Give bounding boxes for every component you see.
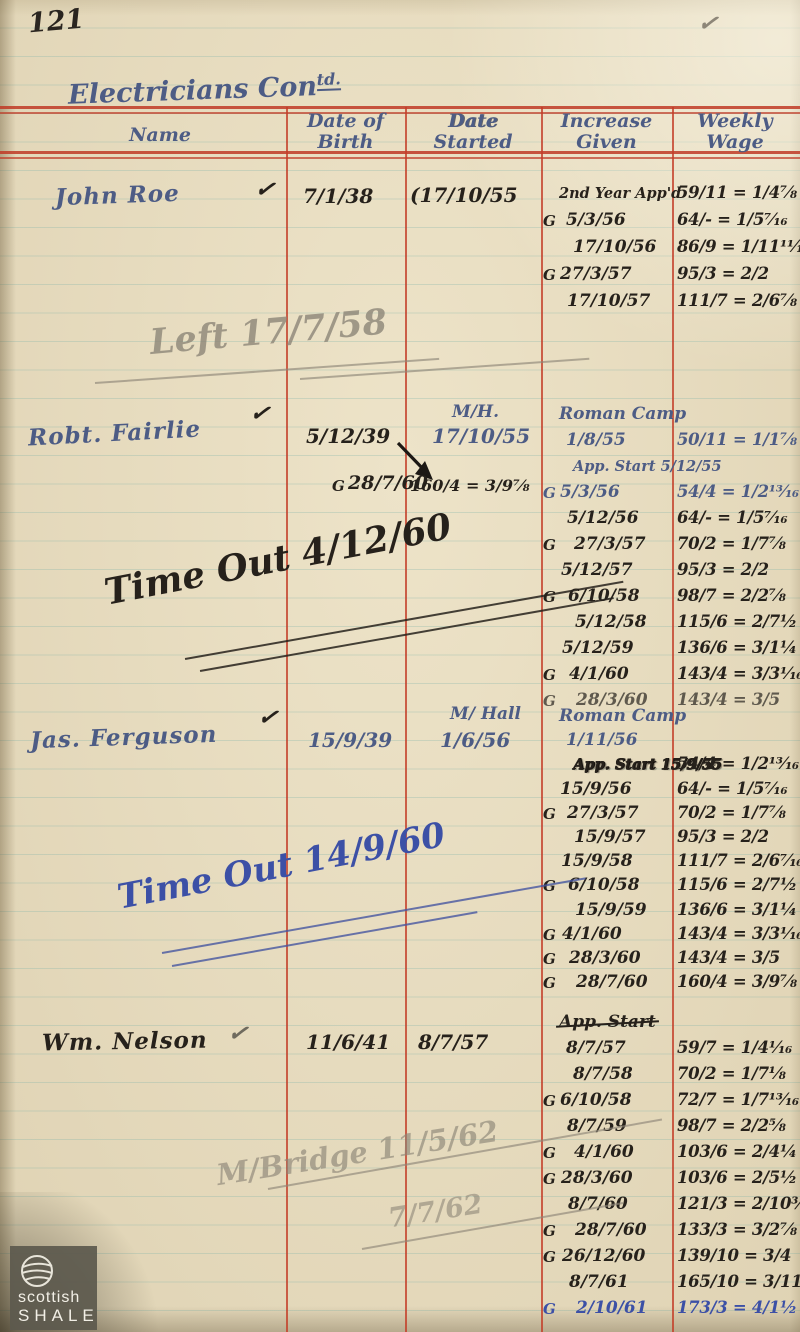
column-header-wage-1: Weekly	[674, 110, 796, 132]
start-date: 8/7/57	[418, 1030, 488, 1054]
worker-name: Robt. Fairlie	[27, 415, 201, 451]
weekly-wage: 70/2 = 1/7⅛	[677, 1064, 786, 1083]
weekly-wage: 165/10 = 3/11½	[677, 1272, 800, 1291]
increase-date: 4/1/60	[569, 664, 629, 684]
ledger-entry: G28/7/60133/3 = 3/2⅞	[541, 1220, 800, 1246]
start-date: (17/10/55	[410, 183, 518, 207]
increase-flag: G	[543, 1144, 556, 1162]
increase-date: 2/10/61	[576, 1298, 648, 1318]
increase-date: 27/3/57	[574, 534, 646, 554]
increase-date: 5/3/56	[560, 482, 620, 502]
weekly-wage: 98/7 = 2/2⅝	[677, 1116, 786, 1135]
increase-flag: G	[543, 926, 556, 944]
birth-date: 7/1/38	[303, 184, 373, 208]
column-header-birth-2: Birth	[288, 131, 403, 153]
ledger-entry: Roman Camp	[541, 404, 800, 430]
scottish-shale-logo: scottish SHALE	[10, 1246, 97, 1330]
globe-icon	[19, 1253, 55, 1289]
entries-jas-ferguson: Roman Camp1/11/56App. Start 15/9/5554/4 …	[541, 706, 800, 996]
ledger-entry: 5/12/5795/3 = 2/2	[541, 560, 800, 586]
entries-wm-nelson: App. Start8/7/5759/7 = 1/4¹⁄₁₆8/7/5870/2…	[541, 1012, 800, 1324]
ledger-entry: G4/1/60143/4 = 3/3¹⁄₁₆	[541, 664, 800, 690]
worker-name: John Roe	[55, 180, 181, 211]
table-rule-header-thin	[0, 157, 800, 159]
weekly-wage: 173/3 = 4/1½	[677, 1298, 797, 1317]
weekly-wage: 143/4 = 3/5	[677, 948, 780, 967]
ledger-entry: G28/3/60103/6 = 2/5½	[541, 1168, 800, 1194]
weekly-wage: 115/6 = 2/7½	[677, 875, 797, 894]
increase-date: 15/9/59	[575, 900, 647, 920]
name-checkmark: ✓	[248, 397, 272, 429]
ledger-entry: G28/3/60143/4 = 3/5	[541, 948, 800, 972]
ledger-entry: G4/1/60103/6 = 2/4¼	[541, 1142, 800, 1168]
weekly-wage: 95/3 = 2/2	[677, 560, 769, 579]
increase-date: 28/7/60	[576, 972, 648, 992]
ledger-entry: G2/10/61173/3 = 4/1½	[541, 1298, 800, 1324]
ledger-entry: 8/7/5998/7 = 2/2⅝	[541, 1116, 800, 1142]
weekly-wage: 111/7 = 2/6⁷⁄₁₆	[677, 851, 800, 870]
note-bridge: M/Bridge 11/5/62	[214, 1114, 501, 1192]
note-time-out-1: Time Out 4/12/60	[101, 505, 455, 613]
increase-date: 8/7/58	[573, 1064, 633, 1084]
ledger-title: Electricians Contd.	[68, 69, 342, 111]
weekly-wage: 103/6 = 2/4¼	[677, 1142, 797, 1161]
increase-date: 15/9/58	[561, 851, 633, 871]
increase-date: 4/1/60	[562, 924, 622, 944]
increase-date: Roman Camp	[559, 404, 686, 424]
column-header-wage-2: Wage	[674, 131, 796, 153]
page-number: 121	[27, 4, 86, 40]
weekly-wage: 59/11 = 1/4⅞	[677, 183, 797, 202]
increase-date: 6/10/58	[560, 1090, 632, 1110]
worker-name: Wm. Nelson	[42, 1027, 208, 1057]
increase-date: 4/1/60	[574, 1142, 634, 1162]
note-time-out-2: Time Out 14/9/60	[114, 815, 448, 918]
increase-date: 5/3/56	[566, 210, 626, 230]
ledger-entry: App. Start	[541, 1012, 800, 1038]
weekly-wage: 98/7 = 2/2⅞	[677, 586, 786, 605]
start-date: 1/6/56	[440, 728, 510, 752]
column-header-increase-1: Increase	[543, 110, 670, 132]
entries-john-roe: 2nd Year App'd59/11 = 1/4⅞G5/3/5664/- = …	[541, 183, 800, 318]
increase-date: 5/12/57	[561, 560, 633, 580]
weekly-wage: 72/7 = 1/7¹³⁄₁₆	[677, 1090, 799, 1109]
pen-underline-2	[172, 911, 478, 967]
worker-name: Jas. Ferguson	[30, 721, 218, 755]
increase-flag: G	[543, 212, 556, 230]
weekly-wage: 64/- = 1/5⁷⁄₁₆	[677, 779, 787, 798]
ledger-entry: G28/7/60160/4 = 3/9⅞	[541, 972, 800, 996]
weekly-wage: 70/2 = 1/7⅞	[677, 803, 786, 822]
ledger-entry: 15/9/58111/7 = 2/6⁷⁄₁₆	[541, 851, 800, 875]
ledger-entry: 15/9/5664/- = 1/5⁷⁄₁₆	[541, 779, 800, 803]
weekly-wage: 136/6 = 3/1¼	[677, 638, 797, 657]
weekly-wage: 64/- = 1/5⁷⁄₁₆	[677, 508, 787, 527]
ledger-entry: 8/7/5870/2 = 1/7⅛	[541, 1064, 800, 1090]
increase-date: 28/3/60	[569, 948, 641, 968]
entries-robt-fairlie: Roman Camp1/8/5550/11 = 1/1⅞App. Start 5…	[541, 404, 800, 716]
increase-date: 5/12/59	[562, 638, 634, 658]
weekly-wage: 54/4 = 1/2¹³⁄₁₆	[677, 754, 799, 773]
start-note: M/H.	[452, 402, 499, 422]
weekly-wage: 64/- = 1/5⁷⁄₁₆	[677, 210, 787, 229]
extra-weekly-wage: 160/4 = 3/9⅞	[410, 476, 530, 495]
increase-flag: G	[543, 666, 556, 684]
weekly-wage: 70/2 = 1/7⅞	[677, 534, 786, 553]
ledger-entry: G27/3/5770/2 = 1/7⅞	[541, 803, 800, 827]
increase-flag: G	[543, 1170, 556, 1188]
increase-flag: G	[543, 1248, 556, 1266]
ledger-entry: 8/7/60121/3 = 2/10¾	[541, 1194, 800, 1220]
extra-increase-flag: G	[332, 477, 345, 495]
ledger-title-sup: td.	[316, 69, 341, 91]
ledger-entry: G5/3/5664/- = 1/5⁷⁄₁₆	[541, 210, 800, 237]
increase-flag: G	[543, 484, 556, 502]
increase-flag: G	[543, 1300, 556, 1318]
page-checkmark: ✓	[696, 7, 720, 39]
ledger-entry: G27/3/5795/3 = 2/2	[541, 264, 800, 291]
weekly-wage: 111/7 = 2/6⅞	[677, 291, 797, 310]
increase-date: 2nd Year App'd	[559, 185, 681, 202]
note-left: Left 17/7/58	[148, 301, 388, 363]
weekly-wage: 54/4 = 1/2¹³⁄₁₆	[677, 482, 799, 501]
weekly-wage: 59/7 = 1/4¹⁄₁₆	[677, 1038, 792, 1057]
ledger-entry: 5/12/58115/6 = 2/7½	[541, 612, 800, 638]
weekly-wage: 86/9 = 1/11¹¹⁄₁₆	[677, 237, 800, 256]
increase-date: 27/3/57	[567, 803, 639, 823]
weekly-wage: 136/6 = 3/1¼	[677, 900, 797, 919]
increase-flag: G	[543, 536, 556, 554]
increase-date: 26/12/60	[562, 1246, 645, 1266]
logo-text-bottom: SHALE	[18, 1306, 99, 1325]
ledger-entry: G6/10/5872/7 = 1/7¹³⁄₁₆	[541, 1090, 800, 1116]
weekly-wage: 95/3 = 2/2	[677, 827, 769, 846]
birth-date: 15/9/39	[308, 728, 392, 752]
start-date: 17/10/55	[432, 424, 530, 448]
increase-flag: G	[543, 974, 556, 992]
weekly-wage: 143/4 = 3/3¹⁄₁₆	[677, 924, 800, 943]
increase-flag: G	[543, 588, 556, 606]
weekly-wage: 103/6 = 2/5½	[677, 1168, 797, 1187]
column-header-birth-1: Date of	[288, 110, 403, 132]
logo-text-top: scottish	[18, 1289, 80, 1306]
column-header-increase-2: Given	[543, 131, 670, 153]
increase-date: 5/12/56	[567, 508, 639, 528]
weekly-wage: 143/4 = 3/3¹⁄₁₆	[677, 664, 800, 683]
birth-date: 5/12/39	[306, 424, 390, 448]
ledger-entry: G27/3/5770/2 = 1/7⅞	[541, 534, 800, 560]
increase-flag: G	[543, 1092, 556, 1110]
ledger-entry: App. Start 15/9/5554/4 = 1/2¹³⁄₁₆	[541, 754, 800, 778]
increase-date: 5/12/58	[575, 612, 647, 632]
weekly-wage: 160/4 = 3/9⅞	[677, 972, 797, 991]
weekly-wage: 139/10 = 3/4	[677, 1246, 791, 1265]
increase-date: 27/3/57	[560, 264, 632, 284]
column-header-started-1: Date	[407, 110, 539, 132]
ledger-entry: 2nd Year App'd59/11 = 1/4⅞	[541, 183, 800, 210]
ledger-entry: 5/12/59136/6 = 3/1¼	[541, 638, 800, 664]
ledger-title-main: Electricians Con	[68, 71, 318, 111]
ledger-entry: 1/8/5550/11 = 1/1⅞	[541, 430, 800, 456]
increase-date: 28/7/60	[575, 1220, 647, 1240]
increase-flag: G	[543, 805, 556, 823]
column-header-started-2: Started	[407, 131, 539, 153]
increase-date: 17/10/57	[567, 291, 650, 311]
increase-date: 1/8/55	[566, 430, 626, 450]
name-checkmark: ✓	[253, 173, 277, 205]
ledger-entry: 15/9/5795/3 = 2/2	[541, 827, 800, 851]
increase-date: 15/9/57	[574, 827, 646, 847]
weekly-wage: 115/6 = 2/7½	[677, 612, 797, 631]
note-bridge-date: 7/7/62	[386, 1189, 485, 1234]
ledger-entry: 1/11/56	[541, 730, 800, 754]
column-header-name: Name	[80, 124, 240, 146]
increase-flag: G	[543, 1222, 556, 1240]
ledger-entry: 5/12/5664/- = 1/5⁷⁄₁₆	[541, 508, 800, 534]
weekly-wage: 50/11 = 1/1⅞	[677, 430, 797, 449]
increase-date: 8/7/61	[569, 1272, 629, 1292]
ledger-entry: Roman Camp	[541, 706, 800, 730]
ledger-entry: 17/10/57111/7 = 2/6⅞	[541, 291, 800, 318]
birth-date: 11/6/41	[306, 1030, 390, 1054]
ledger-entry: G26/12/60139/10 = 3/4	[541, 1246, 800, 1272]
increase-date: 17/10/56	[573, 237, 656, 257]
ledger-entry: G5/3/5654/4 = 1/2¹³⁄₁₆	[541, 482, 800, 508]
pencil-underline-2	[300, 358, 589, 380]
increase-date: App. Start	[559, 1012, 656, 1032]
ledger-entry: 8/7/61165/10 = 3/11½	[541, 1272, 800, 1298]
ledger-entry: 17/10/5686/9 = 1/11¹¹⁄₁₆	[541, 237, 800, 264]
weekly-wage: 121/3 = 2/10¾	[677, 1194, 800, 1213]
increase-flag: G	[543, 266, 556, 284]
name-checkmark: ✓	[226, 1017, 250, 1049]
weekly-wage: 133/3 = 3/2⅞	[677, 1220, 797, 1239]
start-note: M/ Hall	[450, 704, 521, 724]
increase-date: Roman Camp	[559, 706, 686, 726]
weekly-wage: 95/3 = 2/2	[677, 264, 769, 283]
name-checkmark: ✓	[256, 701, 280, 733]
increase-flag: G	[543, 950, 556, 968]
ledger-entry: App. Start 5/12/55	[541, 456, 800, 482]
ledger-entry: 8/7/5759/7 = 1/4¹⁄₁₆	[541, 1038, 800, 1064]
ledger-entry: G4/1/60143/4 = 3/3¹⁄₁₆	[541, 924, 800, 948]
increase-date: 28/3/60	[561, 1168, 633, 1188]
increase-date: 15/9/56	[560, 779, 632, 799]
increase-flag: G	[543, 877, 556, 895]
ledger-entry: 15/9/59136/6 = 3/1¼	[541, 900, 800, 924]
increase-date: App. Start 5/12/55	[573, 458, 722, 475]
increase-date: 1/11/56	[566, 730, 638, 750]
ledger-page: 121 ✓ Electricians Contd. Name Date of B…	[0, 0, 800, 1332]
increase-date: 8/7/57	[566, 1038, 626, 1058]
